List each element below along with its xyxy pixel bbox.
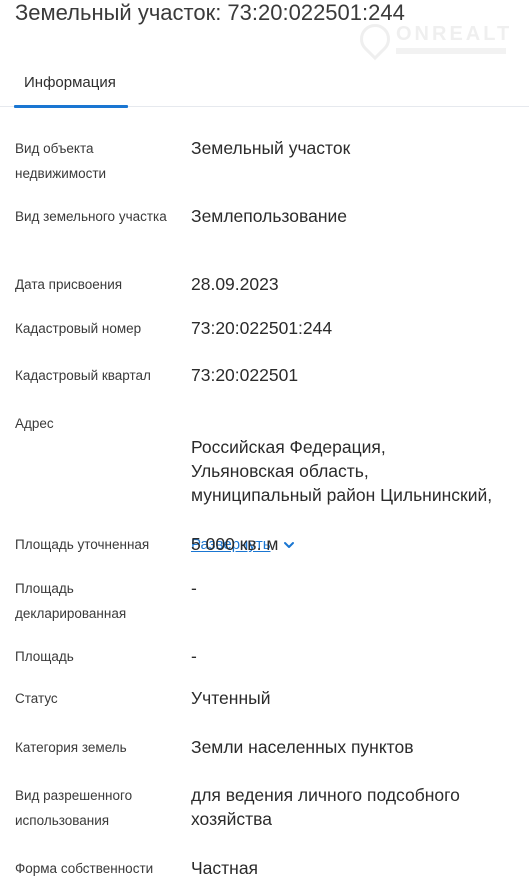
row-label: Адрес <box>15 411 180 436</box>
address-value: Российская Федерация, Ульяновская област… <box>191 435 529 507</box>
row-value: Частная <box>191 856 529 880</box>
tab-information[interactable]: Информация <box>14 70 128 107</box>
row-label: Вид земельного участка <box>15 204 180 229</box>
row-label: Категория земель <box>15 735 180 760</box>
row-label: Кадастровый номер <box>15 316 180 341</box>
row-label: Площадь уточненная <box>15 532 180 557</box>
row-value: 5 000 кв. м <box>191 532 529 556</box>
row-value: Учтенный <box>191 686 529 710</box>
page-title: Земельный участок: 73:20:022501:244 <box>15 0 405 28</box>
active-tab-indicator <box>14 105 128 108</box>
row-value: - <box>191 644 529 668</box>
row-value: Землепользование <box>191 204 529 228</box>
row-value: - <box>191 576 529 600</box>
row-value: 28.09.2023 <box>191 272 529 296</box>
row-label: Вид объекта недвижимости <box>15 136 180 186</box>
row-value: Земельный участок <box>191 136 529 160</box>
watermark-text: ONREALT <box>396 24 512 44</box>
tab-label: Информация <box>24 74 116 91</box>
row-value: 73:20:022501:244 <box>191 316 529 340</box>
row-value: Земли населенных пунктов <box>191 735 529 759</box>
row-label: Площадь <box>15 644 180 669</box>
row-label: Статус <box>15 686 180 711</box>
row-label: Кадастровый квартал <box>15 363 180 388</box>
row-label: Форма собственности <box>15 856 180 881</box>
row-label: Дата присвоения <box>15 272 180 297</box>
row-value: для ведения личного подсобного хозяйства <box>191 783 529 831</box>
row-value: 73:20:022501 <box>191 363 529 387</box>
tab-bar: Информация <box>0 70 529 107</box>
row-label: Вид разрешенного использования <box>15 783 180 833</box>
row-label: Площадь декларированная <box>15 576 180 626</box>
